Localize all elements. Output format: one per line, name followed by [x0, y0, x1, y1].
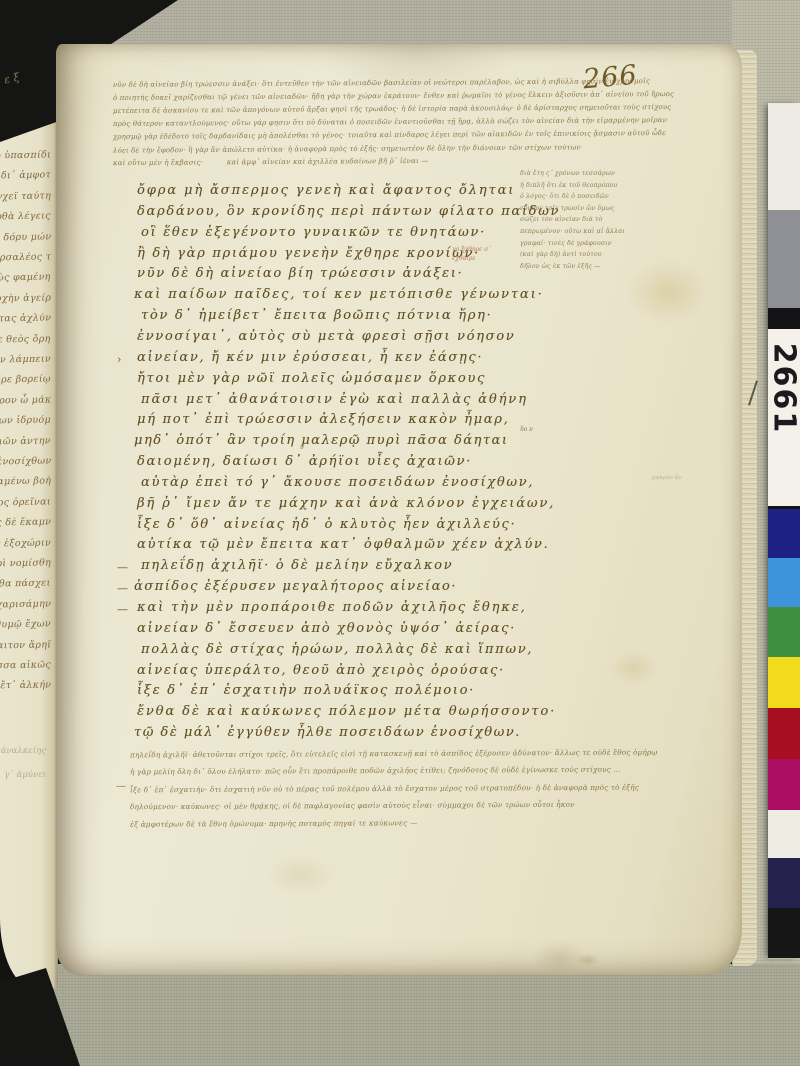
- color-patch: [768, 558, 800, 607]
- verse-line: δαιομένη, δαίωσι δ᾽ ἀρήϊοι υἷες ἀχαιῶν·: [137, 454, 472, 469]
- calibration-assembly: 2661: [768, 103, 800, 959]
- verse-line: δαρδάνου, ὃν κρονίδης περὶ πάντων φίλατο…: [137, 204, 560, 219]
- verse-line: νῦν δὲ δὴ αἰνείαο βίη τρώεσσιν ἀνάξει·: [137, 266, 463, 281]
- critical-sign: ›: [117, 353, 121, 366]
- scholia-line: νῦν δὲ δὴ αἰνείαο βίη τρώεσσιν ἀνάξει· ὅ…: [113, 77, 650, 89]
- verse-line: καὶ τὴν μὲν προπάροιθε ποδῶν ἀχιλῆος ἔθη…: [137, 600, 527, 615]
- shelfmark-text: 2661: [768, 343, 800, 435]
- scholia-line: χρησμῷ γὰρ ἐδέδοτο τοῖς δαρδανίδαις μὴ ἀ…: [113, 129, 666, 141]
- scholia-line: ἐξ ἀμφοτέρων δὲ τὰ ἔθνη ὁμώνυμα· πρηνὴς …: [130, 818, 417, 829]
- critical-sign: —: [117, 561, 128, 574]
- critical-sign: —: [117, 603, 128, 616]
- verse-line: ἔνθα δὲ καὶ καύκωνες πόλεμον μέτα θωρήσσ…: [137, 704, 556, 719]
- color-patch: [768, 509, 800, 558]
- manuscript-photo: ε ξ ιο ὑπασπίδιτὶ δι᾽ ἀμφοτἔγχεϊ ταύτηὀρ…: [0, 0, 800, 1066]
- interlinear-gloss: ὕο ν: [520, 426, 533, 433]
- verse-line: πηλεΐδῃ ἀχιλῆϊ· ὁ δὲ μελίην εὔχαλκον: [141, 558, 453, 573]
- color-patch: [768, 708, 800, 759]
- verse-line: οἳ ἕθεν ἐξεγένοντο γυναικῶν τε θνητάων·: [141, 225, 486, 240]
- verse-line: ἷξε δ᾽ ἐπ᾽ ἐσχατιὴν πολυάϊκος πολέμοιο·: [137, 683, 475, 698]
- scholia-line: μετέπειτα δὲ ἀσκανίου τε καὶ τῶν ἀπογόνω…: [113, 103, 671, 115]
- verse-line: τῷ δὲ μάλ᾽ ἐγγύθεν ἦλθε ποσειδάων ἐνοσίχ…: [134, 725, 521, 740]
- red-gloss-line: γρ ἤχθηρε σ᾽: [452, 246, 491, 253]
- verse-line: μή ποτ᾽ ἐπὶ τρώεσσιν ἀλεξήσειν κακὸν ἦμα…: [137, 412, 509, 427]
- top-scholia-block: νῦν δὲ δὴ αἰνείαο βίη τρώεσσιν ἀνάξει· ὅ…: [113, 79, 673, 171]
- interlinear-gloss: ϋ: [300, 444, 304, 451]
- verse-line: ὄφρα μὴ ἄσπερμος γενεὴ καὶ ἄφαντος ὄλητα…: [137, 183, 515, 198]
- shelfmark-label: 2661: [768, 329, 800, 506]
- color-calibration-bar: [768, 509, 800, 958]
- scholia-line: καὶ οὕτω μὲν ἡ ἔκβασις· καὶ ἀμφ᾽ αἰνείαν…: [113, 156, 428, 166]
- color-patch: [768, 810, 800, 858]
- interlinear-glosses: ὕο νϋ: [0, 0, 20, 57]
- critical-signs: ›———: [117, 186, 135, 746]
- verse-line: ἀσπίδος ἐξέρυσεν μεγαλήτορος αἰνείαο·: [134, 579, 457, 594]
- verse-line: καὶ παίδων παῖδες, τοί κεν μετόπισθε γέν…: [134, 287, 544, 302]
- scholia-line: πηλεΐδη ἀχιλῆϊ· ἀθετοῦνται στίχοι τρεῖς,…: [130, 748, 658, 760]
- verse-line: ἐννοσίγαι᾽, αὐτὸς σὺ μετὰ φρεσὶ σῇσι νόη…: [137, 329, 515, 344]
- verse-line: ἢ δὴ γὰρ πριάμου γενεὴν ἔχθηρε κρονίων·: [137, 246, 480, 261]
- color-patch: [768, 759, 800, 810]
- scholia-line: λύει δὲ τὴν ἔφοδον· ἢ γὰρ ἂν ἀπώλετο αὐτ…: [113, 143, 581, 154]
- color-patch: [768, 657, 800, 708]
- greyscale-patch: [768, 308, 800, 329]
- verso-faint-fragments: κ δ᾽ ἀναλκείηςγ᾽ ἀμύνει: [0, 58, 50, 818]
- faint-marginal-gloss: μακρὸν ἄν: [652, 475, 682, 481]
- verse-line: αὐτίκα τῷ μὲν ἔπειτα κατ᾽ ὀφθαλμῶν χέεν …: [137, 537, 549, 552]
- verse-line: αἰνείαν δ᾽ ἔσσευεν ἀπὸ χθονὸς ὑψόσ᾽ ἀείρ…: [137, 621, 516, 636]
- verse-line: τὸν δ᾽ ἠμείβετ᾽ ἔπειτα βοῶπις πότνια ἥρη…: [141, 308, 492, 323]
- cloth-backdrop-top: [82, 0, 800, 50]
- verse-line: αἰνείαν, ἤ κέν μιν ἐρύσσεαι, ἦ κεν ἐάσῃς…: [137, 350, 483, 365]
- verso-faint-fragment: γ᾽ ἀμύνει: [4, 770, 46, 780]
- red-marginal-gloss: γρ ἤχθηρε σ᾽ἔχθαιρε: [452, 246, 522, 276]
- scholia-line: πρὸς θάτερον καταντλούμενος· οὕτω γάρ φη…: [113, 116, 667, 128]
- red-gloss-line: ἔχθαιρε: [452, 255, 476, 262]
- bottom-scholia-block: πηλεΐδη ἀχιλῆϊ· ἀθετοῦνται στίχοι τρεῖς,…: [130, 749, 675, 839]
- verse-line: αἰνείας ὑπεράλτο, θεοῦ ἀπὸ χειρὸς ὀρούσα…: [137, 663, 505, 678]
- verse-line: πᾶσι μετ᾽ ἀθανάτοισιν ἐγὼ καὶ παλλὰς ἀθή…: [141, 392, 528, 407]
- scholia-line: ἷξε δ᾽ ἐπ᾽ ἐσχατιήν· ὅτι ἐσχατιὴ νῦν οὐ …: [130, 782, 639, 794]
- verse-line: πολλὰς δὲ στίχας ἡρώων, πολλὰς δὲ καὶ ἵπ…: [141, 642, 533, 657]
- greyscale-wedge: [768, 103, 800, 329]
- cloth-backdrop-bottom: [52, 964, 800, 1066]
- verso-faint-fragment: κ δ᾽ ἀναλκείης: [0, 746, 46, 756]
- bottom-scholia-dash: —: [116, 781, 126, 792]
- scholia-line: διὰ ἔτη ϛ΄ χρόνων τεσσάρων: [520, 170, 615, 177]
- scholia-line: ὁ ποιητὴς δοκεῖ χαρίζεσθαι τῷ γένει τῶν …: [113, 90, 674, 102]
- verse-line: βῆ ῥ᾽ ἴμεν ἄν τε μάχην καὶ ἀνὰ κλόνον ἐγ…: [137, 496, 555, 511]
- color-patch: [768, 858, 800, 908]
- verse-line: μηδ᾽ ὁπότ᾽ ἂν τροίη μαλερῷ πυρὶ πᾶσα δάη…: [134, 433, 508, 448]
- critical-sign: —: [117, 582, 128, 595]
- scholia-line: ἡ γὰρ μελίη ὅλη δι᾽ ὅλου ἐλήλατο· πῶς οὖ…: [130, 765, 621, 777]
- greyscale-patch: [768, 210, 800, 308]
- verse-line: ἤτοι μὲν γὰρ νῶϊ πολεῖς ὠμόσαμεν ὅρκους: [137, 371, 486, 386]
- verse-line: ἷξε δ᾽ ὅθ᾽ αἰνείας ἠδ᾽ ὁ κλυτὸς ἦεν ἀχιλ…: [137, 517, 516, 532]
- color-patch: [768, 607, 800, 657]
- scholia-line: δηλούμενον· καύκωνες· οἱ μὲν θρᾴκης, οἱ …: [130, 800, 575, 811]
- color-patch: [768, 908, 800, 958]
- greyscale-patch: [768, 103, 800, 210]
- verse-line: αὐτὰρ ἐπεὶ τό γ᾽ ἄκουσε ποσειδάων ἐνοσίχ…: [141, 475, 534, 490]
